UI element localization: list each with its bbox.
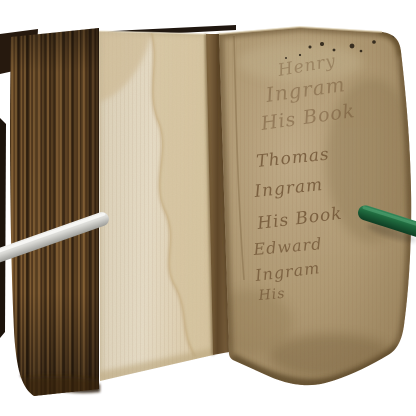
inscription-line: His [257,286,286,304]
cover-left-edge [0,118,6,338]
ink-speck [320,42,324,46]
left-page-grain [95,25,217,385]
right-page: Henry Ingram His Book Thomas Ingram His … [208,20,416,390]
fore-edge-bottom-curve [0,376,125,408]
left-page [95,25,220,387]
ink-speck [393,35,396,38]
ink-speck [299,54,301,56]
fore-edge-right-shadow [88,25,100,395]
open-book-photo: Henry Ingram His Book Thomas Ingram His … [0,0,416,416]
photo-canvas: Henry Ingram His Book Thomas Ingram His … [0,0,416,416]
ink-speck [309,46,312,49]
ink-speck [360,50,363,53]
ink-speck [372,40,376,44]
ink-speck [350,44,355,49]
